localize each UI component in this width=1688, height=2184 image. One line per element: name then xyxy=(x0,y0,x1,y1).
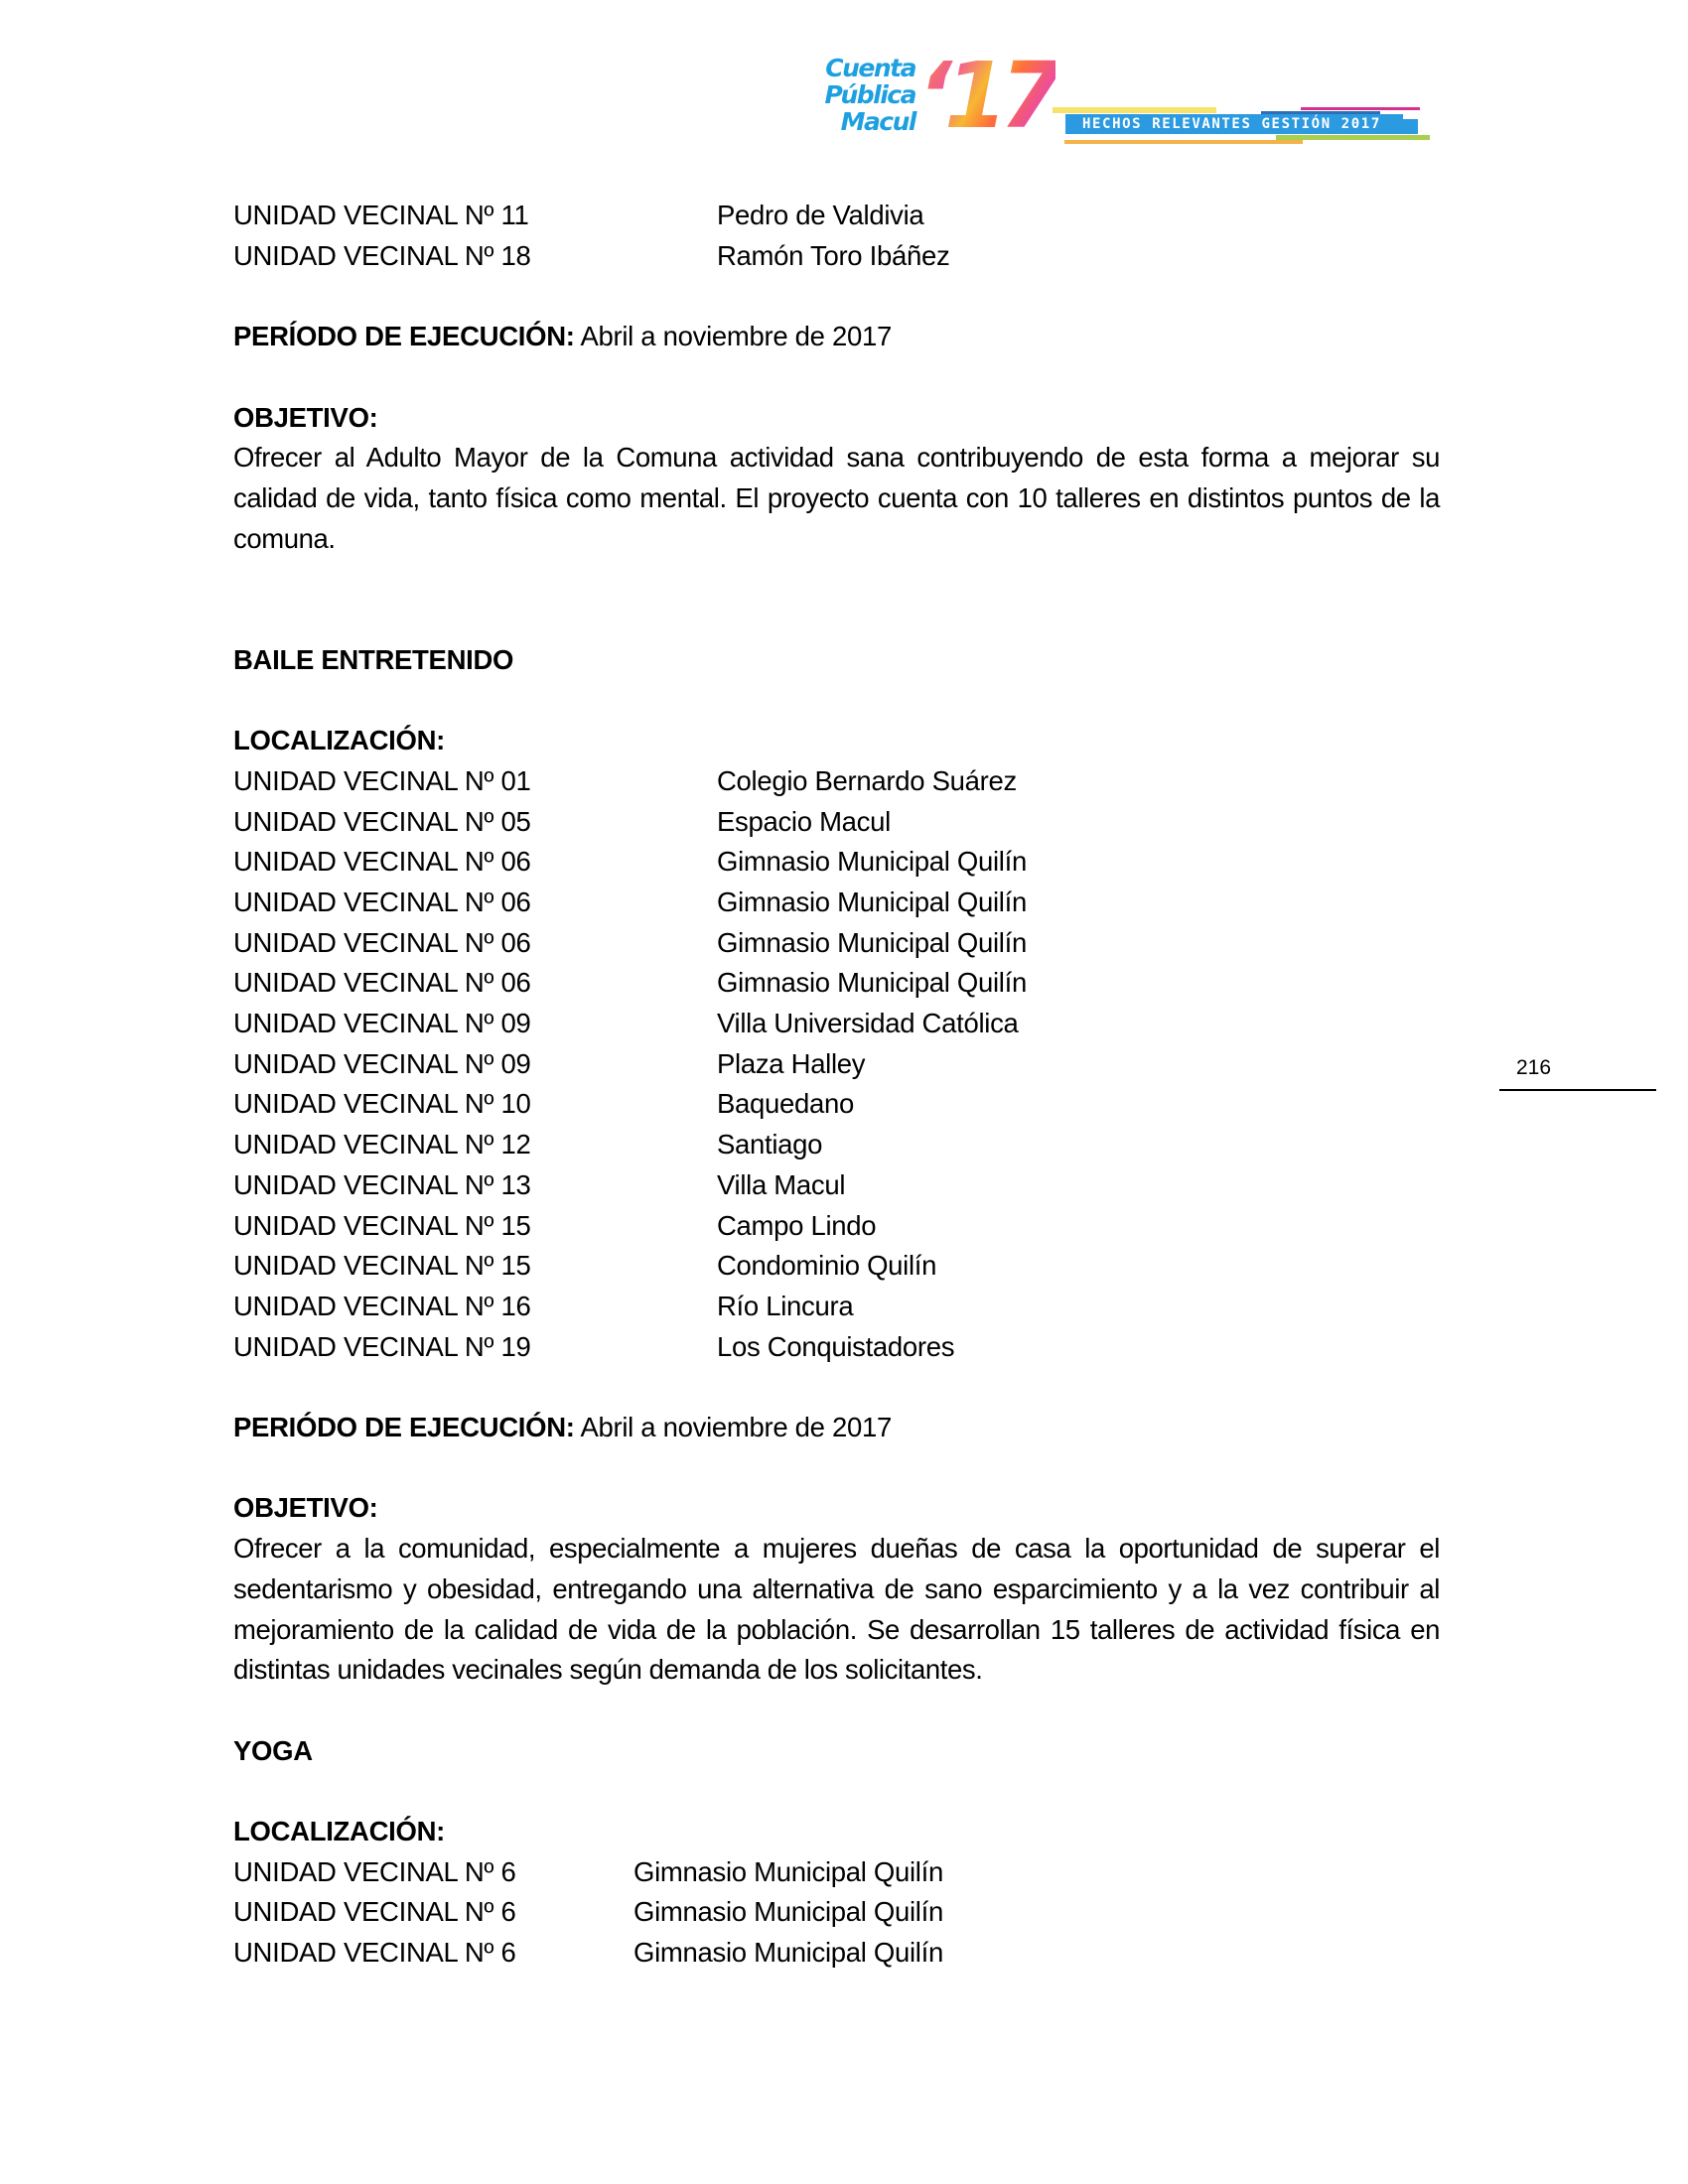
unidad-vecinal: UNIDAD VECINAL Nº 6 xyxy=(233,1855,516,1889)
lugar: Baquedano xyxy=(717,1087,854,1121)
banner-stripe xyxy=(1301,107,1420,110)
lugar: Gimnasio Municipal Quilín xyxy=(717,845,1027,879)
section-title-yoga: YOGA xyxy=(233,1734,313,1768)
unidad-vecinal: UNIDAD VECINAL Nº 15 xyxy=(233,1209,531,1243)
unidad-vecinal: UNIDAD VECINAL Nº 13 xyxy=(233,1168,531,1202)
cuenta-publica-logo: Cuenta Pública Macul ‘17 xyxy=(776,55,1025,144)
lugar: Gimnasio Municipal Quilín xyxy=(633,1936,943,1970)
unidad-vecinal: UNIDAD VECINAL Nº 6 xyxy=(233,1895,516,1929)
logo-wordmark: Cuenta Pública Macul xyxy=(776,55,915,135)
unidad-vecinal: UNIDAD VECINAL Nº 16 xyxy=(233,1290,531,1323)
periodo-value: Abril a noviembre de 2017 xyxy=(575,321,892,351)
lugar: Campo Lindo xyxy=(717,1209,876,1243)
lugar: Santiago xyxy=(717,1128,822,1161)
lugar: Plaza Halley xyxy=(717,1047,865,1081)
lugar: Los Conquistadores xyxy=(717,1330,954,1364)
logo-word: Pública xyxy=(776,81,915,108)
banner-bar xyxy=(1400,119,1418,134)
periodo-value: Abril a noviembre de 2017 xyxy=(575,1412,892,1442)
lugar: Villa Universidad Católica xyxy=(717,1007,1019,1040)
lugar: Gimnasio Municipal Quilín xyxy=(633,1855,943,1889)
lugar: Condominio Quilín xyxy=(717,1249,936,1283)
unidad-vecinal: UNIDAD VECINAL Nº 6 xyxy=(233,1936,516,1970)
unidad-vecinal: UNIDAD VECINAL Nº 01 xyxy=(233,764,531,798)
logo-word: Cuenta xyxy=(776,55,915,81)
periodo-label: PERIÓDO DE EJECUCIÓN: xyxy=(233,1412,575,1442)
unidad-vecinal: UNIDAD VECINAL Nº 09 xyxy=(233,1007,531,1040)
localizacion-label: LOCALIZACIÓN: xyxy=(233,724,445,757)
lugar: Gimnasio Municipal Quilín xyxy=(633,1895,943,1929)
periodo-ejecucion: PERIÓDO DE EJECUCIÓN: Abril a noviembre … xyxy=(233,1411,892,1444)
header-banner: HECHOS RELEVANTES GESTIÓN 2017 xyxy=(1048,99,1435,149)
unidad-vecinal: UNIDAD VECINAL Nº 05 xyxy=(233,805,531,839)
unidad-vecinal: UNIDAD VECINAL Nº 11 xyxy=(233,199,528,232)
unidad-vecinal: UNIDAD VECINAL Nº 12 xyxy=(233,1128,531,1161)
unidad-vecinal: UNIDAD VECINAL Nº 06 xyxy=(233,926,531,960)
unidad-vecinal: UNIDAD VECINAL Nº 19 xyxy=(233,1330,531,1364)
logo-word: Macul xyxy=(776,108,915,135)
lugar: Colegio Bernardo Suárez xyxy=(717,764,1017,798)
periodo-ejecucion: PERÍODO DE EJECUCIÓN: Abril a noviembre … xyxy=(233,320,892,353)
unidad-vecinal: UNIDAD VECINAL Nº 15 xyxy=(233,1249,531,1283)
banner-stripe xyxy=(1064,140,1303,144)
banner-stripe xyxy=(1053,107,1216,113)
objetivo-text: Ofrecer a la comunidad, especialmente a … xyxy=(233,1529,1440,1691)
lugar: Pedro de Valdivia xyxy=(717,199,923,232)
unidad-vecinal: UNIDAD VECINAL Nº 06 xyxy=(233,845,531,879)
unidad-vecinal: UNIDAD VECINAL Nº 18 xyxy=(233,239,531,273)
section-title-baile: BAILE ENTRETENIDO xyxy=(233,643,513,677)
localizacion-label: LOCALIZACIÓN: xyxy=(233,1815,445,1848)
lugar: Gimnasio Municipal Quilín xyxy=(717,886,1027,919)
lugar: Gimnasio Municipal Quilín xyxy=(717,966,1027,1000)
unidad-vecinal: UNIDAD VECINAL Nº 10 xyxy=(233,1087,531,1121)
objetivo-label: OBJETIVO: xyxy=(233,401,378,435)
page-number-rule xyxy=(1499,1089,1656,1091)
objetivo-text: Ofrecer al Adulto Mayor de la Comuna act… xyxy=(233,438,1440,559)
unidad-vecinal: UNIDAD VECINAL Nº 06 xyxy=(233,966,531,1000)
lugar: Villa Macul xyxy=(717,1168,845,1202)
page-number: 216 xyxy=(1516,1055,1551,1081)
lugar: Ramón Toro Ibáñez xyxy=(717,239,949,273)
unidad-vecinal: UNIDAD VECINAL Nº 09 xyxy=(233,1047,531,1081)
banner-text: HECHOS RELEVANTES GESTIÓN 2017 xyxy=(1082,115,1381,133)
objetivo-label: OBJETIVO: xyxy=(233,1491,378,1525)
lugar: Río Lincura xyxy=(717,1290,853,1323)
lugar: Espacio Macul xyxy=(717,805,891,839)
logo-year: ‘17 xyxy=(917,51,1055,142)
unidad-vecinal: UNIDAD VECINAL Nº 06 xyxy=(233,886,531,919)
periodo-label: PERÍODO DE EJECUCIÓN: xyxy=(233,321,575,351)
lugar: Gimnasio Municipal Quilín xyxy=(717,926,1027,960)
